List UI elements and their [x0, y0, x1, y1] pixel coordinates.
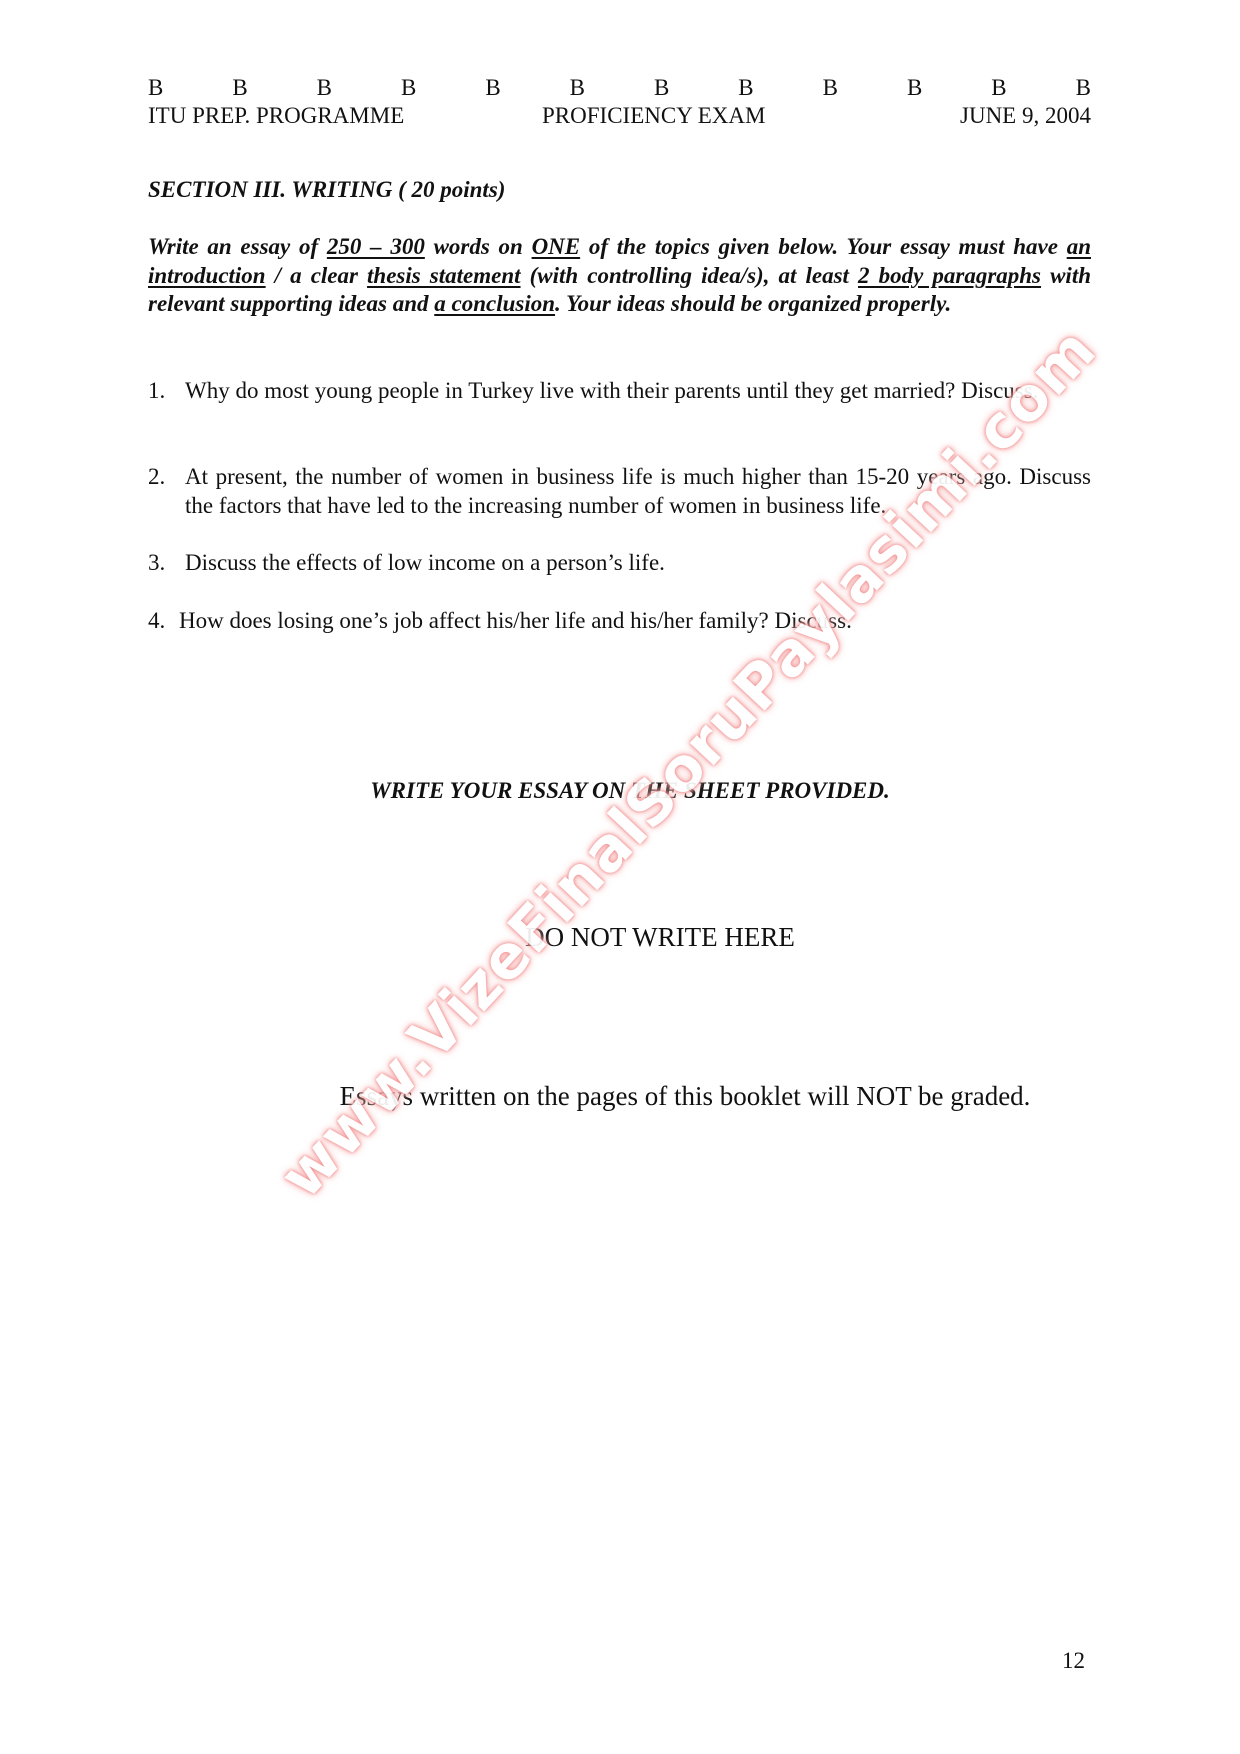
thesis-emphasis: thesis statement: [367, 263, 520, 288]
header-date: JUNE 9, 2004: [960, 102, 1091, 130]
booklet-letter: B: [907, 74, 922, 102]
booklet-letter: B: [1076, 74, 1091, 102]
topic-number: 4.: [148, 607, 179, 636]
do-not-write-note: DO NOT WRITE HERE: [0, 922, 1240, 953]
booklet-letter: B: [401, 74, 416, 102]
topic-number: 2.: [148, 463, 185, 520]
booklet-letter: B: [232, 74, 247, 102]
write-essay-note: WRITE YOUR ESSAY ON THE SHEET PROVIDED.: [0, 778, 1240, 804]
booklet-letter: B: [654, 74, 669, 102]
instructions: Write an essay of 250 – 300 words on ONE…: [148, 233, 1091, 319]
word-count-emphasis: 250 – 300: [327, 234, 425, 259]
instruction-text: words on: [425, 234, 532, 259]
topic-text: How does losing one’s job affect his/her…: [179, 607, 1091, 636]
topic-item: 3. Discuss the effects of low income on …: [148, 549, 1091, 578]
instruction-text: . Your ideas should be organized properl…: [555, 291, 951, 316]
instruction-text: of the topics given below. Your essay mu…: [580, 234, 1067, 259]
instruction-text: (with controlling idea/s), at least: [521, 263, 858, 288]
booklet-letter: B: [148, 74, 163, 102]
booklet-type-row: B B B B B B B B B B B B: [148, 74, 1091, 102]
topic-text: Discuss the effects of low income on a p…: [185, 549, 1091, 578]
booklet-letter: B: [570, 74, 585, 102]
booklet-letter: B: [317, 74, 332, 102]
one-emphasis: ONE: [532, 234, 581, 259]
topic-number: 1.: [148, 377, 185, 406]
topic-item: 1. Why do most young people in Turkey li…: [148, 377, 1091, 406]
booklet-letter: B: [738, 74, 753, 102]
not-graded-note: Essays written on the pages of this book…: [0, 1081, 1240, 1112]
booklet-letter: B: [991, 74, 1006, 102]
header-programme: ITU PREP. PROGRAMME: [148, 102, 404, 130]
conclusion-emphasis: a conclusion: [434, 291, 555, 316]
page-header: ITU PREP. PROGRAMME PROFICIENCY EXAM JUN…: [148, 102, 1091, 130]
topic-item: 4. How does losing one’s job affect his/…: [148, 607, 1091, 636]
booklet-letter: B: [823, 74, 838, 102]
section-title: SECTION III. WRITING ( 20 points): [148, 175, 505, 205]
instruction-text: / a clear: [266, 263, 367, 288]
header-exam-name: PROFICIENCY EXAM: [542, 102, 765, 130]
topic-number: 3.: [148, 549, 185, 578]
page-number: 12: [1062, 1648, 1085, 1674]
body-paragraphs-emphasis: 2 body paragraphs: [858, 263, 1041, 288]
topic-text: Why do most young people in Turkey live …: [185, 377, 1091, 406]
topic-item: 2. At present, the number of women in bu…: [148, 463, 1091, 520]
exam-page: B B B B B B B B B B B B ITU PREP. PROGRA…: [0, 0, 1240, 1754]
booklet-letter: B: [485, 74, 500, 102]
topic-text: At present, the number of women in busin…: [185, 463, 1091, 520]
instruction-text: Write an essay of: [148, 234, 327, 259]
